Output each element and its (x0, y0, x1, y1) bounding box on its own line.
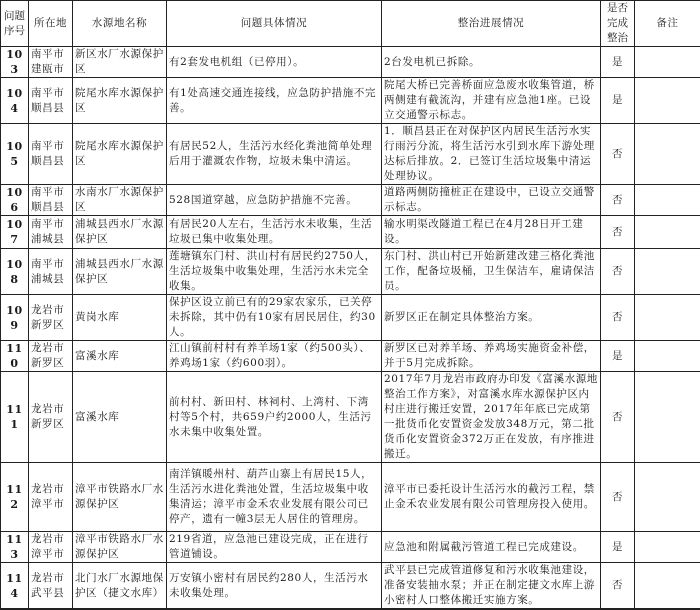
row-location: 南平市顺昌县 (29, 124, 73, 185)
row-source-name: 院尾水库水源保护区 (73, 78, 167, 124)
row-problem: 有居民52人，生活污水经化粪池简单处理后用于灌溉农作物，垃圾未集中清运。 (167, 124, 382, 185)
row-remarks (635, 216, 700, 249)
row-remarks (635, 295, 700, 341)
header-completed: 是否完成整治 (601, 1, 635, 47)
row-source-name: 院尾水库水源保护区 (73, 124, 167, 185)
row-problem: 有1处高速交通连接线，应急防护措施不完善。 (167, 78, 382, 124)
row-source-name: 富溪水库 (73, 341, 167, 372)
row-seq: 106 (1, 185, 29, 216)
table-row: 111 龙岩市新罗区 富溪水库 前村村、新田村、林祠村、上湾村、下湾村等5个村，… (1, 372, 700, 463)
row-completed: 是 (601, 341, 635, 372)
row-source-name: 富溪水库 (73, 372, 167, 463)
row-location: 南平市浦城县 (29, 216, 73, 249)
table-row: 104 南平市顺昌县 院尾水库水源保护区 有1处高速交通连接线，应急防护措施不完… (1, 78, 700, 124)
row-progress: 2017年7月龙岩市政府办印发《富溪水源地整治工作方案》，对富溪水库水源保护区内… (382, 372, 601, 463)
row-remarks (635, 249, 700, 295)
row-completed: 否 (601, 249, 635, 295)
table-row: 107 南平市浦城县 浦城县西水厂水源保护区 有居民20人左右，生活污水未收集，… (1, 216, 700, 249)
row-seq: 111 (1, 372, 29, 463)
row-problem: 保护区设立前已有的29家农家乐，已关停未拆除，其中仍有10家有居民居住，约30人… (167, 295, 382, 341)
row-source-name: 新区水厂水源保护区 (73, 47, 167, 78)
row-location: 南平市浦城县 (29, 249, 73, 295)
row-location: 龙岩市新罗区 (29, 295, 73, 341)
row-completed: 否 (601, 372, 635, 463)
row-problem: 江山镇前村村有养羊场1家（约500头）、养鸡场1家（约600羽）。 (167, 341, 382, 372)
row-seq: 107 (1, 216, 29, 249)
row-progress: 漳平市已委托设计生活污水的截污工程，禁止金禾农业发展有限公司管理房投入使用。 (382, 463, 601, 509)
row-location: 南平市顺昌县 (29, 78, 73, 124)
table-row: 103 南平市建瓯市 新区水厂水源保护区 有2套发电机组（已停用）。 2台发电机… (1, 47, 700, 78)
row-remarks (635, 463, 700, 509)
row-problem: 528国道穿越，应急防护措施不完善。 (167, 185, 382, 216)
header-progress: 整治进展情况 (382, 1, 601, 47)
row-completed: 是 (601, 47, 635, 78)
header-source-name: 水源地名称 (73, 1, 167, 47)
table-row: 112 龙岩市漳平市 漳平市铁路水厂水源保护区 南洋镇暖州村、葫芦山寨上有居民1… (1, 463, 700, 509)
row-progress: 新罗区正在制定具体整治方案。 (382, 295, 601, 341)
header-remarks: 备注 (635, 1, 700, 47)
row-progress: 院尾大桥已完善桥面应急废水收集管道，桥两侧建有截流沟，并建有应急池1座。已设立交… (382, 78, 601, 124)
row-progress: 1．顺昌县正在对保护区内居民生活污水实行雨污分流，将生活污水引到水库下游处理达标… (382, 124, 601, 185)
row-remarks (635, 78, 700, 124)
row-seq: 108 (1, 249, 29, 295)
row-problem: 前村村、新田村、林祠村、上湾村、下湾村等5个村，共659户约2000人，生活污水… (167, 372, 382, 463)
row-completed: 否 (601, 185, 635, 216)
header-location: 所在地 (29, 1, 73, 47)
row-progress: 道路两侧防撞桩正在建设中，已设立交通警示标志。 (382, 185, 601, 216)
row-problem: 莲塘镇东门村、洪山村有居民约2750人，生活垃圾集中收集处理，生活污水未完全收集… (167, 249, 382, 295)
row-problem: 有居民20人左右，生活污水未收集，生活垃圾已集中收集处理。 (167, 216, 382, 249)
row-location: 南平市顺昌县 (29, 185, 73, 216)
row-remarks (635, 124, 700, 185)
row-location: 龙岩市新罗区 (29, 372, 73, 463)
header-seq: 问题序号 (1, 1, 29, 47)
table-row: 110 龙岩市新罗区 富溪水库 江山镇前村村有养羊场1家（约500头）、养鸡场1… (1, 341, 700, 372)
row-seq: 103 (1, 47, 29, 78)
row-completed: 否 (601, 216, 635, 249)
table-row: 109 龙岩市新罗区 黄岗水库 保护区设立前已有的29家农家乐，已关停未拆除，其… (1, 295, 700, 341)
row-source-name: 黄岗水库 (73, 295, 167, 341)
row-progress: 新罗区已对养羊场、养鸡场实施资金补偿，并于5月完成拆除。 (382, 341, 601, 372)
row-location: 龙岩市新罗区 (29, 341, 73, 372)
header-problem: 问题具体情况 (167, 1, 382, 47)
row-seq: 105 (1, 124, 29, 185)
row-seq: 112 (1, 463, 29, 509)
row-problem: 南洋镇暖州村、葫芦山寨上有居民15人，生活污水进化粪池处置，生活垃圾集中收集清运… (167, 463, 382, 509)
row-remarks (635, 372, 700, 463)
row-source-name: 水南水厂水源保护区 (73, 185, 167, 216)
row-progress: 输水明渠改隧道工程已在4月28日开工建设。 (382, 216, 601, 249)
row-remarks (635, 341, 700, 372)
row-seq: 110 (1, 341, 29, 372)
row-remarks (635, 47, 700, 78)
row-source-name: 浦城县西水厂水源保护区 (73, 216, 167, 249)
row-remarks (635, 185, 700, 216)
row-source-name: 浦城县西水厂水源保护区 (73, 249, 167, 295)
row-problem: 有2套发电机组（已停用）。 (167, 47, 382, 78)
table-row: 106 南平市顺昌县 水南水厂水源保护区 528国道穿越，应急防护措施不完善。 … (1, 185, 700, 216)
row-completed: 是 (601, 78, 635, 124)
row-location: 龙岩市漳平市 (29, 463, 73, 509)
table-row: 105 南平市顺昌县 院尾水库水源保护区 有居民52人，生活污水经化粪池简单处理… (1, 124, 700, 185)
row-completed: 否 (601, 124, 635, 185)
row-progress: 东门村、洪山村已开始新建改建三格化粪池工作，配备垃圾桶，卫生保洁车，雇请保洁员。 (382, 249, 601, 295)
row-completed: 否 (601, 463, 635, 509)
row-location: 南平市建瓯市 (29, 47, 73, 78)
row-source-name: 漳平市铁路水厂水源保护区 (73, 463, 167, 509)
row-progress: 2台发电机已拆除。 (382, 47, 601, 78)
header-row: 问题序号 所在地 水源地名称 问题具体情况 整治进展情况 是否完成整治 备注 (1, 1, 700, 47)
row-completed: 否 (601, 295, 635, 341)
table-row: 108 南平市浦城县 浦城县西水厂水源保护区 莲塘镇东门村、洪山村有居民约275… (1, 249, 700, 295)
row-seq: 104 (1, 78, 29, 124)
row-seq: 109 (1, 295, 29, 341)
rectification-table: 问题序号 所在地 水源地名称 问题具体情况 整治进展情况 是否完成整治 备注 1… (0, 0, 700, 508)
